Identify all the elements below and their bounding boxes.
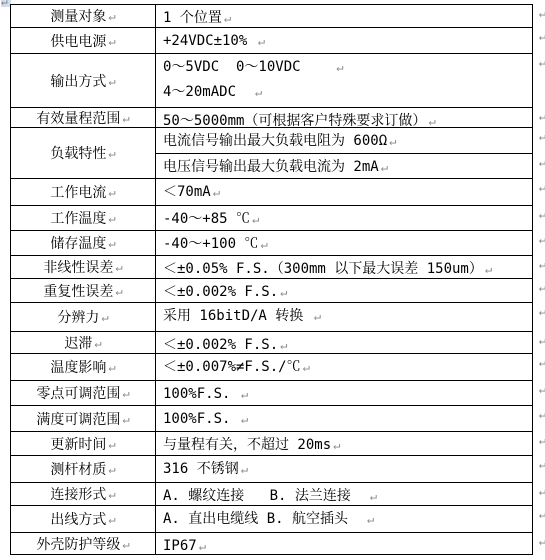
row-value-cell[interactable]: ＜70mA↵ bbox=[156, 179, 532, 205]
row-value: ＜±0.002% F.S.↵ bbox=[156, 279, 532, 302]
return-mark-icon: ↵ bbox=[258, 237, 267, 251]
return-mark-icon: ↵ bbox=[106, 34, 115, 48]
row-value: A. 直出电缆线 B. 航空插头 ↵ bbox=[156, 506, 532, 530]
return-mark-icon: ↵ bbox=[539, 383, 545, 395]
return-mark-icon: ↵ bbox=[106, 437, 115, 451]
row-label-cell[interactable]: 连接形式↵ bbox=[11, 483, 156, 505]
row-label: 供电电源 bbox=[50, 31, 106, 51]
row-label-cell[interactable]: 输出方式↵ bbox=[11, 54, 156, 107]
row-label-cell[interactable]: 工作温度↵ bbox=[11, 206, 156, 230]
row-value: 0～5VDC 0～10VDC ↵ bbox=[156, 54, 532, 78]
return-mark-icon: ↵ bbox=[539, 7, 545, 19]
return-mark-icon: ↵ bbox=[331, 438, 340, 452]
row-value: ＜±0.05% F.S.（300mm 以下最大误差 150um）↵ bbox=[156, 256, 532, 278]
row-label-cell[interactable]: 外壳防护等级↵ bbox=[11, 533, 156, 554]
return-mark-icon: ↵ bbox=[539, 56, 545, 68]
return-mark-icon: ↵ bbox=[120, 537, 129, 551]
spec-row: 重复性误差↵↵＜±0.002% F.S.↵ bbox=[11, 279, 532, 303]
row-label-cell[interactable]: 工作电流↵ bbox=[11, 179, 156, 205]
return-mark-icon: ↵ bbox=[539, 110, 545, 122]
row-label-cell[interactable]: 供电电源↵ bbox=[11, 28, 156, 53]
return-mark-icon: ↵ bbox=[120, 412, 129, 426]
row-value-subcell[interactable]: 电流信号输出最大负载电阻为 600Ω↵ bbox=[156, 128, 532, 154]
row-label-cell[interactable]: 负载特性↵ bbox=[11, 128, 156, 178]
return-mark-icon: ↵ bbox=[253, 85, 262, 99]
row-value-cell[interactable]: IP67↵ bbox=[156, 533, 532, 554]
spec-row: 负载特性↵↵↵电流信号输出最大负载电阻为 600Ω↵电压信号输出最大负载电流为 … bbox=[11, 128, 532, 179]
return-mark-icon: ↵ bbox=[99, 310, 108, 324]
spec-row: 温度影响↵↵＜±0.007%≠F.S./℃↵ bbox=[11, 354, 532, 381]
row-value: 316 不锈钢↵ bbox=[156, 456, 532, 480]
row-label-cell[interactable]: 更新时间↵ bbox=[11, 432, 156, 455]
row-label-cell[interactable]: 满度可调范围↵ bbox=[11, 406, 156, 431]
row-label-cell[interactable]: 储存温度↵ bbox=[11, 231, 156, 255]
return-mark-icon: ↵ bbox=[312, 309, 321, 323]
return-mark-icon: ↵ bbox=[387, 134, 396, 148]
row-value-cell[interactable]: -40～+100 ℃↵ bbox=[156, 231, 532, 255]
return-mark-icon: ↵ bbox=[92, 336, 101, 350]
row-value-cell[interactable]: 316 不锈钢↵ bbox=[156, 456, 532, 482]
return-mark-icon: ↵ bbox=[106, 9, 115, 23]
row-label: 储存温度 bbox=[50, 233, 106, 253]
return-mark-icon: ↵ bbox=[539, 508, 545, 520]
row-label: 温度影响 bbox=[50, 357, 106, 377]
return-mark-icon: ↵ bbox=[256, 34, 265, 48]
return-mark-icon: ↵ bbox=[483, 262, 492, 276]
return-mark-icon: ↵ bbox=[197, 539, 206, 553]
return-mark-icon: ↵ bbox=[334, 60, 343, 74]
spec-row: 输出方式↵↵0～5VDC 0～10VDC ↵4～20mADC ↵ bbox=[11, 54, 532, 108]
return-mark-icon: ↵ bbox=[539, 156, 545, 168]
row-label: 更新时间 bbox=[50, 434, 106, 454]
row-label: 连接形式 bbox=[50, 484, 106, 504]
return-mark-icon: ↵ bbox=[239, 462, 248, 476]
return-mark-icon: ↵ bbox=[120, 111, 129, 125]
spec-row: 非线性误差↵↵＜±0.05% F.S.（300mm 以下最大误差 150um）↵ bbox=[11, 256, 532, 279]
return-mark-icon: ↵ bbox=[250, 212, 259, 226]
row-value: 100%F.S. ↵ bbox=[156, 381, 532, 405]
row-value-cell[interactable]: +24VDC±10% ↵ bbox=[156, 28, 532, 53]
return-mark-icon: ↵ bbox=[539, 535, 545, 547]
row-value: 电流信号输出最大负载电阻为 600Ω↵ bbox=[156, 128, 532, 152]
spec-row: 满度可调范围↵↵100%F.S. ↵ bbox=[11, 406, 532, 432]
spec-row: 出线方式↵↵A. 直出电缆线 B. 航空插头 ↵ bbox=[11, 506, 532, 533]
row-label: 零点可调范围 bbox=[36, 383, 120, 403]
row-label: 出线方式 bbox=[50, 509, 106, 529]
return-mark-icon: ↵ bbox=[539, 334, 545, 346]
row-value-cell[interactable]: 与量程有关，不超过 20ms↵ bbox=[156, 432, 532, 455]
spec-row: 零点可调范围↵↵100%F.S. ↵ bbox=[11, 381, 532, 406]
return-mark-icon: ↵ bbox=[426, 114, 435, 127]
row-value: 电压信号输出最大负载电流为 2mA↵ bbox=[156, 154, 532, 178]
row-value: 1 个位置↵ bbox=[156, 5, 532, 27]
row-label: 有效量程范围 bbox=[36, 108, 120, 128]
return-mark-icon: ↵ bbox=[539, 458, 545, 470]
row-value-cell[interactable]: ＜±0.002% F.S.↵ bbox=[156, 332, 532, 353]
row-label: 满度可调范围 bbox=[36, 409, 120, 429]
row-value-cell[interactable]: ＜±0.007%≠F.S./℃↵ bbox=[156, 354, 532, 380]
row-label-cell[interactable]: 非线性误差↵ bbox=[11, 256, 156, 278]
row-value: IP67↵ bbox=[156, 533, 532, 554]
row-label: 工作电流 bbox=[50, 182, 106, 202]
return-mark-icon: ↵ bbox=[301, 360, 310, 374]
return-mark-icon: ↵ bbox=[539, 181, 545, 193]
spec-row: 分辨力↵↵采用 16bitD/A 转换 ↵ bbox=[11, 303, 532, 332]
return-mark-icon: ↵ bbox=[539, 30, 545, 42]
row-value: ＜70mA↵ bbox=[156, 179, 532, 203]
return-mark-icon: ↵ bbox=[106, 512, 115, 526]
return-mark-icon: ↵ bbox=[106, 462, 115, 476]
row-value-cell[interactable]: 50～5000mm（可根据客户特殊要求订做）↵ bbox=[156, 108, 532, 127]
row-label: 负载特性 bbox=[50, 143, 106, 163]
return-mark-icon: ↵ bbox=[106, 360, 115, 374]
return-mark-icon: ↵ bbox=[539, 208, 545, 220]
spec-row: 工作温度↵↵-40～+85 ℃↵ bbox=[11, 206, 532, 231]
spec-row: 有效量程范围↵↵50～5000mm（可根据客户特殊要求订做）↵ bbox=[11, 108, 532, 128]
return-mark-icon: ↵ bbox=[539, 233, 545, 245]
return-mark-icon: ↵ bbox=[539, 434, 545, 446]
row-value: -40～+100 ℃↵ bbox=[156, 231, 532, 255]
row-value: -40～+85 ℃↵ bbox=[156, 206, 532, 230]
row-value: 与量程有关，不超过 20ms↵ bbox=[156, 432, 532, 455]
row-label: 迟滞 bbox=[64, 333, 92, 353]
return-mark-icon: ↵ bbox=[539, 305, 545, 317]
return-mark-icon: ↵ bbox=[368, 489, 377, 503]
row-value-cell[interactable]: 100%F.S. ↵ bbox=[156, 381, 532, 405]
return-mark-icon: ↵ bbox=[106, 487, 115, 501]
row-value-cell[interactable]: 100%F.S. ↵ bbox=[156, 406, 532, 431]
return-mark-icon: ↵ bbox=[278, 338, 287, 352]
spec-row: 测杆材质↵↵316 不锈钢↵ bbox=[11, 456, 532, 483]
row-label: 测杆材质 bbox=[50, 459, 106, 479]
row-value: 4～20mADC ↵ bbox=[156, 78, 532, 103]
row-label: 输出方式 bbox=[50, 71, 106, 91]
return-mark-icon: ↵ bbox=[539, 130, 545, 142]
row-label-cell[interactable]: 分辨力↵ bbox=[11, 303, 156, 331]
row-value-cell[interactable]: A. 螺纹连接 B. 法兰连接 ↵ bbox=[156, 483, 532, 505]
row-value: 100%F.S. ↵ bbox=[156, 406, 532, 430]
row-value: 采用 16bitD/A 转换 ↵ bbox=[156, 303, 532, 327]
row-label-cell[interactable]: 测量对象↵ bbox=[11, 5, 156, 27]
row-label: 测量对象 bbox=[50, 6, 106, 26]
row-label-cell[interactable]: 零点可调范围↵ bbox=[11, 381, 156, 405]
row-value: ＜±0.002% F.S.↵ bbox=[156, 332, 532, 353]
return-mark-icon: ↵ bbox=[113, 284, 122, 298]
return-mark-icon: ↵ bbox=[106, 146, 115, 160]
return-mark-icon: ↵ bbox=[106, 185, 115, 199]
row-value: 50～5000mm（可根据客户特殊要求订做）↵ bbox=[156, 108, 532, 127]
return-mark-icon: ↵ bbox=[539, 485, 545, 497]
row-label: 重复性误差 bbox=[43, 281, 113, 301]
spec-row: 连接形式↵↵A. 螺纹连接 B. 法兰连接 ↵ bbox=[11, 483, 532, 506]
row-label-cell[interactable]: 测杆材质↵ bbox=[11, 456, 156, 482]
spec-row: 储存温度↵↵-40～+100 ℃↵ bbox=[11, 231, 532, 256]
row-label-cell[interactable]: 重复性误差↵ bbox=[11, 279, 156, 302]
return-mark-icon: ↵ bbox=[539, 281, 545, 293]
row-value: ＜±0.007%≠F.S./℃↵ bbox=[156, 354, 532, 378]
row-label-cell[interactable]: 有效量程范围↵ bbox=[11, 108, 156, 127]
row-label: 非线性误差 bbox=[43, 257, 113, 277]
return-mark-icon: ↵ bbox=[379, 160, 388, 174]
return-mark-icon: ↵ bbox=[211, 185, 220, 199]
return-mark-icon: ↵ bbox=[539, 356, 545, 368]
spec-table: 测量对象↵↵1 个位置↵供电电源↵↵+24VDC±10% ↵输出方式↵↵0～5V… bbox=[10, 4, 533, 555]
row-value: A. 螺纹连接 B. 法兰连接 ↵ bbox=[156, 483, 532, 505]
spec-row: 测量对象↵↵1 个位置↵ bbox=[11, 5, 532, 28]
return-mark-icon: ↵ bbox=[106, 211, 115, 225]
row-label: 外壳防护等级 bbox=[36, 534, 120, 554]
spec-row: 更新时间↵↵与量程有关，不超过 20ms↵ bbox=[11, 432, 532, 456]
spec-row: 外壳防护等级↵↵IP67↵ bbox=[11, 533, 532, 554]
row-value-cell[interactable]: A. 直出电缆线 B. 航空插头 ↵ bbox=[156, 506, 532, 532]
row-label: 分辨力 bbox=[57, 307, 99, 327]
spec-row: 供电电源↵↵+24VDC±10% ↵ bbox=[11, 28, 532, 54]
return-mark-icon: ↵ bbox=[539, 408, 545, 420]
return-mark-icon: ↵ bbox=[106, 236, 115, 250]
spec-row: 迟滞↵↵＜±0.002% F.S.↵ bbox=[11, 332, 532, 354]
return-mark-icon: ↵ bbox=[278, 285, 287, 299]
row-label: 工作温度 bbox=[50, 208, 106, 228]
row-label-cell[interactable]: 出线方式↵ bbox=[11, 506, 156, 532]
row-value-subcell[interactable]: 电压信号输出最大负载电流为 2mA↵ bbox=[156, 154, 532, 178]
return-mark-icon: ↵ bbox=[113, 260, 122, 274]
return-mark-icon: ↵ bbox=[239, 387, 248, 401]
row-value-cell[interactable]: 电流信号输出最大负载电阻为 600Ω↵电压信号输出最大负载电流为 2mA↵ bbox=[156, 128, 532, 178]
row-value-cell[interactable]: 0～5VDC 0～10VDC ↵4～20mADC ↵ bbox=[156, 54, 532, 107]
return-mark-icon: ↵ bbox=[106, 74, 115, 88]
row-value-cell[interactable]: 1 个位置↵ bbox=[156, 5, 532, 27]
spec-row: 工作电流↵↵＜70mA↵ bbox=[11, 179, 532, 206]
row-value: +24VDC±10% ↵ bbox=[156, 28, 532, 52]
row-value-cell[interactable]: -40～+85 ℃↵ bbox=[156, 206, 532, 230]
return-mark-icon: ↵ bbox=[365, 512, 374, 526]
row-label-cell[interactable]: 温度影响↵ bbox=[11, 354, 156, 380]
return-mark-icon: ↵ bbox=[539, 258, 545, 270]
row-value-cell[interactable]: 采用 16bitD/A 转换 ↵ bbox=[156, 303, 532, 331]
return-mark-icon: ↵ bbox=[120, 386, 129, 400]
row-value-cell[interactable]: ＜±0.002% F.S.↵ bbox=[156, 279, 532, 302]
return-mark-icon: ↵ bbox=[222, 11, 231, 25]
row-label-cell[interactable]: 迟滞↵ bbox=[11, 332, 156, 353]
document-page: ↵ 测量对象↵↵1 个位置↵供电电源↵↵+24VDC±10% ↵输出方式↵↵0～… bbox=[0, 0, 545, 560]
return-mark-icon: ↵ bbox=[239, 412, 248, 426]
row-value-cell[interactable]: ＜±0.05% F.S.（300mm 以下最大误差 150um）↵ bbox=[156, 256, 532, 278]
